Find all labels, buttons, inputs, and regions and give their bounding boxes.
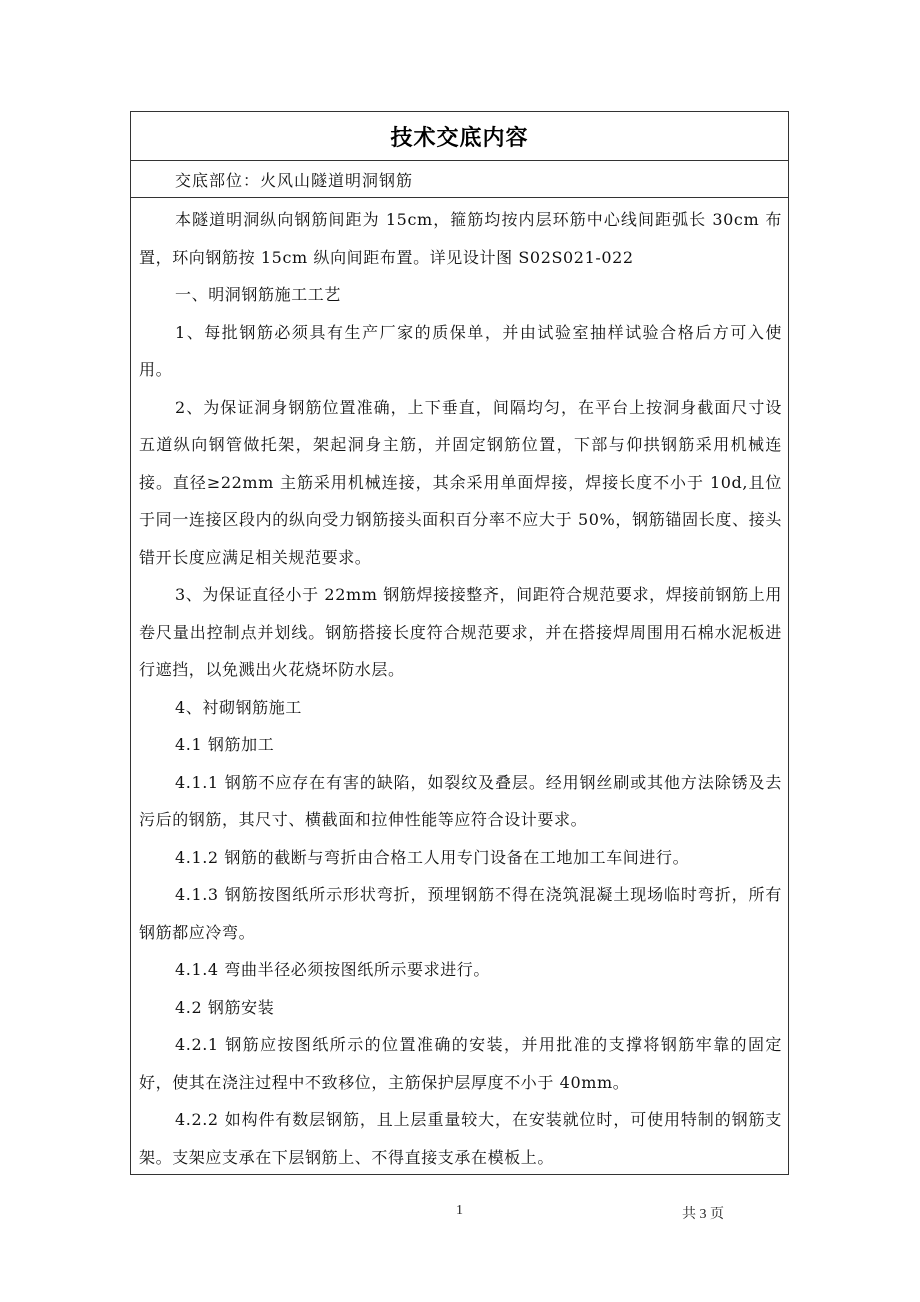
paragraph-4-2-1: 4.2.1 钢筋应按图纸所示的位置准确的安装，并用批准的支撑将钢筋牢靠的固定好，… (139, 1026, 782, 1101)
paragraph-4-1-4: 4.1.4 弯曲半径必须按图纸所示要求进行。 (139, 951, 782, 989)
paragraph-item-1: 1、每批钢筋必须具有生产厂家的质保单，并由试验室抽样试验合格后方可入使用。 (139, 314, 782, 389)
paragraph-item-2: 2、为保证洞身钢筋位置准确，上下垂直，间隔均匀，在平台上按洞身截面尺寸设五道纵向… (139, 389, 782, 577)
section-heading-4: 4、衬砌钢筋施工 (139, 689, 782, 727)
page-number: 1 (456, 1203, 463, 1219)
document-page: 技术交底内容 交底部位：火风山隧道明洞钢筋 本隧道明洞纵向钢筋间距为 15cm，… (0, 0, 920, 1302)
paragraph-4-1-3: 4.1.3 钢筋按图纸所示形状弯折，预埋钢筋不得在浇筑混凝土现场临时弯折，所有钢… (139, 876, 782, 951)
disclosure-location: 交底部位：火风山隧道明洞钢筋 (175, 168, 413, 191)
paragraph-4-2-2: 4.2.2 如构件有数层钢筋，且上层重量较大，在安装就位时，可使用特制的钢筋支架… (139, 1101, 782, 1175)
paragraph-intro: 本隧道明洞纵向钢筋间距为 15cm，箍筋均按内层环筋中心线间距弧长 30cm 布… (139, 201, 782, 276)
subsection-heading-4-1: 4.1 钢筋加工 (139, 726, 782, 764)
content-body: 本隧道明洞纵向钢筋间距为 15cm，箍筋均按内层环筋中心线间距弧长 30cm 布… (131, 198, 788, 1175)
section-heading-1: 一、明洞钢筋施工工艺 (139, 276, 782, 314)
paragraph-item-3: 3、为保证直径小于 22mm 钢筋焊接接整齐，间距符合规范要求，焊接前钢筋上用卷… (139, 576, 782, 689)
page-footer: 1 共 3 页 (0, 1203, 920, 1223)
location-row: 交底部位：火风山隧道明洞钢筋 (131, 161, 788, 198)
page-total: 共 3 页 (682, 1203, 724, 1223)
disclosure-table: 技术交底内容 交底部位：火风山隧道明洞钢筋 本隧道明洞纵向钢筋间距为 15cm，… (130, 111, 789, 1175)
subsection-heading-4-2: 4.2 钢筋安装 (139, 989, 782, 1027)
paragraph-4-1-1: 4.1.1 钢筋不应存在有害的缺陷，如裂纹及叠层。经用钢丝刷或其他方法除锈及去污… (139, 764, 782, 839)
document-title: 技术交底内容 (390, 121, 528, 152)
title-row: 技术交底内容 (131, 112, 788, 161)
paragraph-4-1-2: 4.1.2 钢筋的截断与弯折由合格工人用专门设备在工地加工车间进行。 (139, 839, 782, 877)
